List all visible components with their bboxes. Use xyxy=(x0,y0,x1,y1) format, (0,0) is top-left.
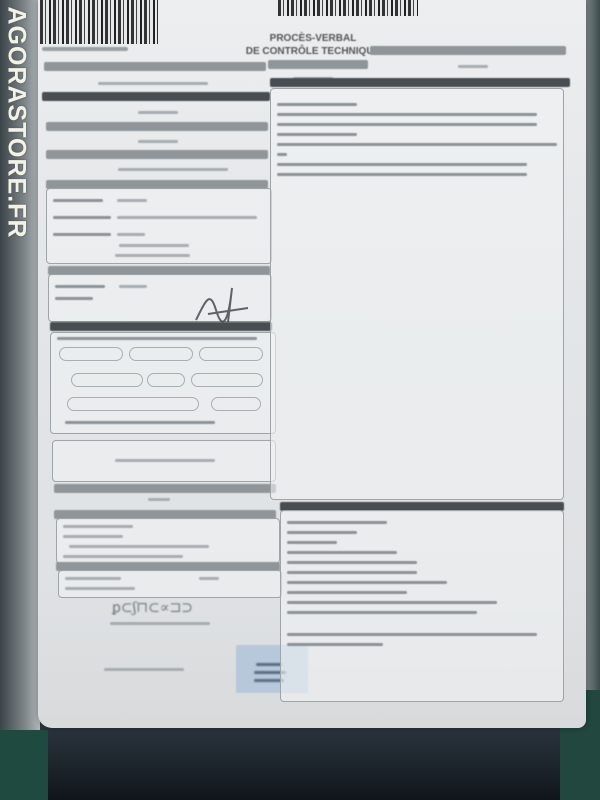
measurement-text xyxy=(287,581,447,584)
field-label xyxy=(55,297,93,300)
measurement-text xyxy=(287,633,537,636)
field-value xyxy=(199,577,219,580)
agorastore-watermark: AGORASTORE.FR xyxy=(2,3,31,243)
field-box xyxy=(147,373,185,387)
barcode-left xyxy=(40,0,158,44)
stamp-text xyxy=(256,663,282,666)
defect-text xyxy=(277,133,357,136)
measurement-text xyxy=(287,561,417,564)
field-value xyxy=(117,216,257,219)
green-surface xyxy=(0,730,48,800)
field-value xyxy=(115,254,190,257)
approval-logo: ꝑ⊂ʃ⊓⊂∝⊐⊃ xyxy=(110,598,220,616)
measurement-text xyxy=(287,643,383,646)
field-value xyxy=(69,545,209,548)
field-box xyxy=(129,347,193,361)
measurement-text xyxy=(287,601,497,604)
measurement-text xyxy=(287,521,387,524)
field-value xyxy=(104,668,184,671)
field-value xyxy=(65,587,135,590)
field-label xyxy=(55,285,105,288)
document-title: PROCÈS-VERBAL DE CONTRÔLE TECHNIQUE xyxy=(243,32,383,58)
field-box xyxy=(59,347,123,361)
category-section xyxy=(52,440,276,482)
field-value xyxy=(117,199,147,202)
field-value xyxy=(63,535,123,538)
field-label xyxy=(65,421,215,424)
field-box xyxy=(211,397,261,411)
vehicle-identification-section xyxy=(50,332,276,434)
defect-text xyxy=(277,113,537,116)
field-value xyxy=(138,111,178,114)
field-value xyxy=(115,459,215,462)
field-value xyxy=(148,498,170,501)
field-label xyxy=(53,216,111,219)
barcode-center xyxy=(278,0,418,16)
field-value xyxy=(138,140,178,143)
measurement-text xyxy=(287,591,407,594)
section-header xyxy=(42,92,270,101)
measurement-text xyxy=(287,551,397,554)
defects-section-header xyxy=(270,78,570,87)
notes-section xyxy=(56,518,280,564)
field-value xyxy=(63,555,183,558)
field-value xyxy=(65,577,121,580)
field-box xyxy=(71,373,143,387)
field-box xyxy=(199,347,263,361)
measurements-section xyxy=(280,510,564,702)
field-label xyxy=(57,337,257,340)
defect-text xyxy=(277,163,527,166)
section-header xyxy=(46,150,268,159)
field-label xyxy=(53,199,103,202)
field-value xyxy=(110,622,210,625)
field-value xyxy=(119,244,189,247)
measurement-text xyxy=(287,531,357,534)
section-header xyxy=(268,60,368,69)
defect-text xyxy=(277,123,537,126)
owner-section xyxy=(46,188,272,264)
header-small-text xyxy=(42,47,128,51)
title-line-2: DE CONTRÔLE TECHNIQUE xyxy=(243,45,383,58)
defect-text xyxy=(277,103,357,106)
defect-text xyxy=(277,173,527,176)
inspection-report-page: PROCÈS-VERBAL DE CONTRÔLE TECHNIQUE xyxy=(38,0,586,728)
title-line-1: PROCÈS-VERBAL xyxy=(243,32,383,45)
measurement-text xyxy=(287,611,477,614)
defects-section xyxy=(270,88,564,500)
field-value xyxy=(63,525,133,528)
field-box xyxy=(67,397,199,411)
section-header xyxy=(370,46,566,55)
measurement-text xyxy=(287,541,337,544)
field-value xyxy=(118,168,228,171)
section-header xyxy=(54,484,276,493)
field-value xyxy=(117,233,145,236)
field-label xyxy=(53,233,111,236)
defect-text xyxy=(277,143,557,146)
defect-text xyxy=(277,153,287,156)
section-header xyxy=(50,322,272,331)
next-inspection-section xyxy=(58,570,282,598)
field-value xyxy=(458,65,488,68)
measurement-text xyxy=(287,571,417,574)
section-header xyxy=(44,62,266,71)
section-header xyxy=(46,122,268,131)
field-box xyxy=(191,373,263,387)
field-value xyxy=(119,285,147,288)
svg-text:ꝑ⊂ʃ⊓⊂∝⊐⊃: ꝑ⊂ʃ⊓⊂∝⊐⊃ xyxy=(111,600,193,616)
field-value xyxy=(98,82,208,85)
